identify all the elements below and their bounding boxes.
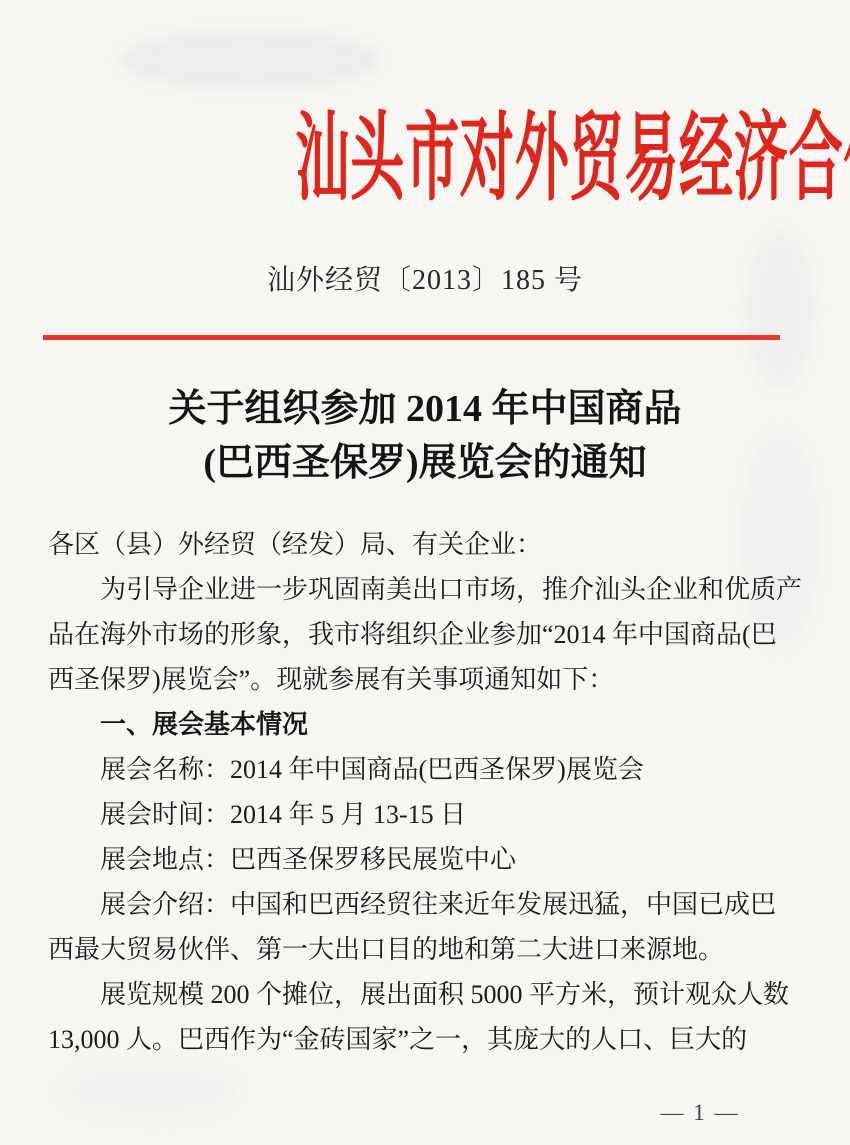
- exhibition-introduction: 展会介绍：中国和巴西经贸往来近年发展迅猛，中国已成巴 西最大贸易伙伴、第一大出口…: [48, 882, 808, 972]
- red-divider-line: [43, 335, 780, 340]
- scan-smudge: [745, 230, 815, 390]
- section-1-heading: 一、展会基本情况: [48, 702, 808, 747]
- exhibition-name: 展会名称：2014 年中国商品(巴西圣保罗)展览会: [48, 747, 808, 792]
- page-number: — 1 —: [630, 1100, 770, 1126]
- notice-title-line1: 关于组织参加 2014 年中国商品: [168, 388, 681, 430]
- exhibition-time: 展会时间：2014 年 5 月 13-15 日: [48, 792, 808, 837]
- document-page: 汕头市对外贸易经济合作局文件 汕外经贸〔2013〕185 号 关于组织参加 20…: [0, 0, 850, 1145]
- exhibition-place: 展会地点：巴西圣保罗移民展览中心: [48, 837, 808, 882]
- notice-title: 关于组织参加 2014 年中国商品 (巴西圣保罗)展览会的通知: [0, 382, 850, 490]
- document-body: 各区（县）外经贸（经发）局、有关企业： 为引导企业进一步巩固南美出口市场，推介汕…: [48, 522, 808, 1062]
- notice-title-line2: (巴西圣保罗)展览会的通知: [203, 442, 646, 484]
- document-number: 汕外经贸〔2013〕185 号: [0, 258, 850, 298]
- document-header: 汕头市对外贸易经济合作局文件: [0, 104, 850, 214]
- scan-smudge: [120, 30, 380, 90]
- exhibition-scale: 展览规模 200 个摊位，展出面积 5000 平方米，预计观众人数 13,000…: [48, 972, 808, 1062]
- scan-smudge: [60, 1060, 240, 1120]
- paragraph-intro: 为引导企业进一步巩固南美出口市场，推介汕头企业和优质产 品在海外市场的形象，我市…: [48, 567, 808, 702]
- salutation: 各区（县）外经贸（经发）局、有关企业：: [48, 522, 808, 567]
- agency-title: 汕头市对外贸易经济合作局文件: [295, 104, 850, 214]
